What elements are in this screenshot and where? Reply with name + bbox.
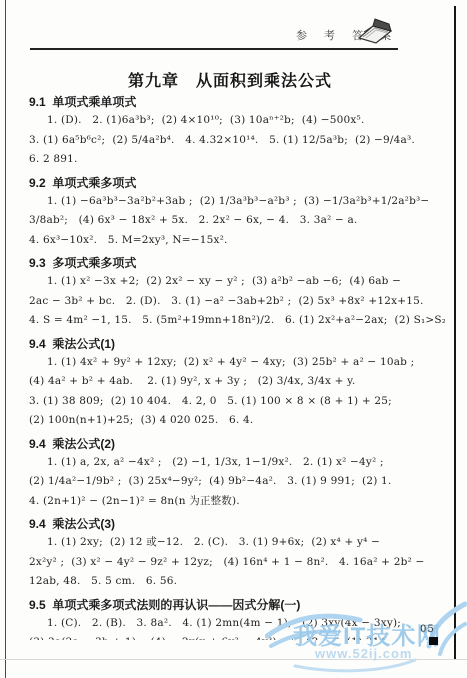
answer-line: (2) 1/4a²−1/9b² ; (3) 25x⁴−9y²; (4) 9b²−…	[29, 472, 445, 492]
answer-line: 1. (1) x² −3x +2; (2) 2x² − xy − y² ; (3…	[29, 272, 445, 292]
page-left-edge-line	[5, 0, 6, 678]
page-right-edge-line	[454, 6, 456, 660]
answer-line: 4. 6x³−10x². 5. M=2xy³, N=−15x².	[29, 231, 445, 251]
answer-line: 2x²y² ; (3) x² − 4y² − 9z² + 12yz; (4) 1…	[29, 553, 445, 573]
answer-line: 3. (1) 38 809; (2) 10 404. 4. 2, 0 5. (1…	[29, 392, 445, 412]
scanned-answer-page: 参 考 答 案 第九章 从面积到乘法公式 9.1 单项式乘单项式 1. (D).…	[0, 0, 467, 678]
section-heading-9-5: 9.5 单项式乘多项式法则的再认识——因式分解(一)	[29, 597, 445, 614]
open-book-icon	[356, 14, 394, 50]
answer-line: 2ac − 3b² + bc. 2. (D). 3. (1) −a² −3ab+…	[29, 292, 445, 312]
answer-line: (2) 100n(n+1)+25; (3) 4 020 025. 6. 4.	[29, 411, 445, 431]
page-bottom-edge-line	[0, 659, 467, 660]
page-number: 05	[420, 624, 435, 635]
section-heading-9-4-2: 9.4 乘法公式(2)	[29, 436, 445, 453]
section-heading-9-4-1: 9.4 乘法公式(1)	[29, 336, 445, 353]
section-heading-9-3: 9.3 多项式乘多项式	[29, 255, 445, 272]
answer-line: (4) 4a² + b² + 4ab. 2. (1) 9y², x + 3y ;…	[29, 372, 445, 392]
answer-line: 1. (1) a, 2x, a² −4x² ; (2) −1, 1/3x, 1−…	[29, 453, 445, 473]
cursor-square	[429, 637, 438, 645]
answer-line: 1. (D). 2. (1)6a³b³; (2) 4×10¹⁰; (3) 10a…	[29, 111, 445, 131]
section-heading-9-2: 9.2 单项式乘多项式	[29, 175, 445, 192]
answer-line: 1. (1) 4x² + 9y² + 12xy; (2) x² + 4y² − …	[29, 353, 445, 373]
answer-line: 1. (C). 2. (B). 3. 8a². 4. (1) 2mn(4m − …	[29, 614, 445, 634]
answer-line: 12ab, 48. 5. 5 cm. 6. 56.	[29, 572, 445, 592]
chapter-title: 第九章 从面积到乘法公式	[6, 68, 454, 91]
answer-line: 3/8ab²; (4) 6x³ − 18x² + 5x. 2. 2x² − 6x…	[29, 211, 445, 231]
answer-line: 4. (2n+1)² − (2n−1)² = 8n(n 为正整数).	[29, 492, 445, 512]
answer-line: 1. (1) −6a³b³−3a²b²+3ab ; (2) 1/3a³b³−a²…	[29, 192, 445, 212]
answers-content: 9.1 单项式乘单项式 1. (D). 2. (1)6a³b³; (2) 4×1…	[29, 94, 445, 640]
answer-line: 1. (1) 2xy; (2) 12 或−12. 2. (C). 3. (1) …	[29, 533, 445, 553]
answer-line: 3. (1) 6a⁵b⁶c²; (2) 5/4a²b⁴. 4. 4.32×10¹…	[29, 131, 445, 151]
section-heading-9-1: 9.1 单项式乘单项式	[29, 94, 445, 111]
answer-line: 6. 2 891.	[29, 150, 445, 170]
answer-line: 4. S = 4m² −1, 15. 5. (5m²+19mn+18n²)/2.…	[29, 311, 445, 331]
header-rule	[30, 48, 398, 50]
section-heading-9-4-3: 9.4 乘法公式(3)	[29, 516, 445, 533]
answer-line: (3) 3a(2a − 3b + 1); (4) − 2x(x + 6y² − …	[29, 633, 445, 640]
